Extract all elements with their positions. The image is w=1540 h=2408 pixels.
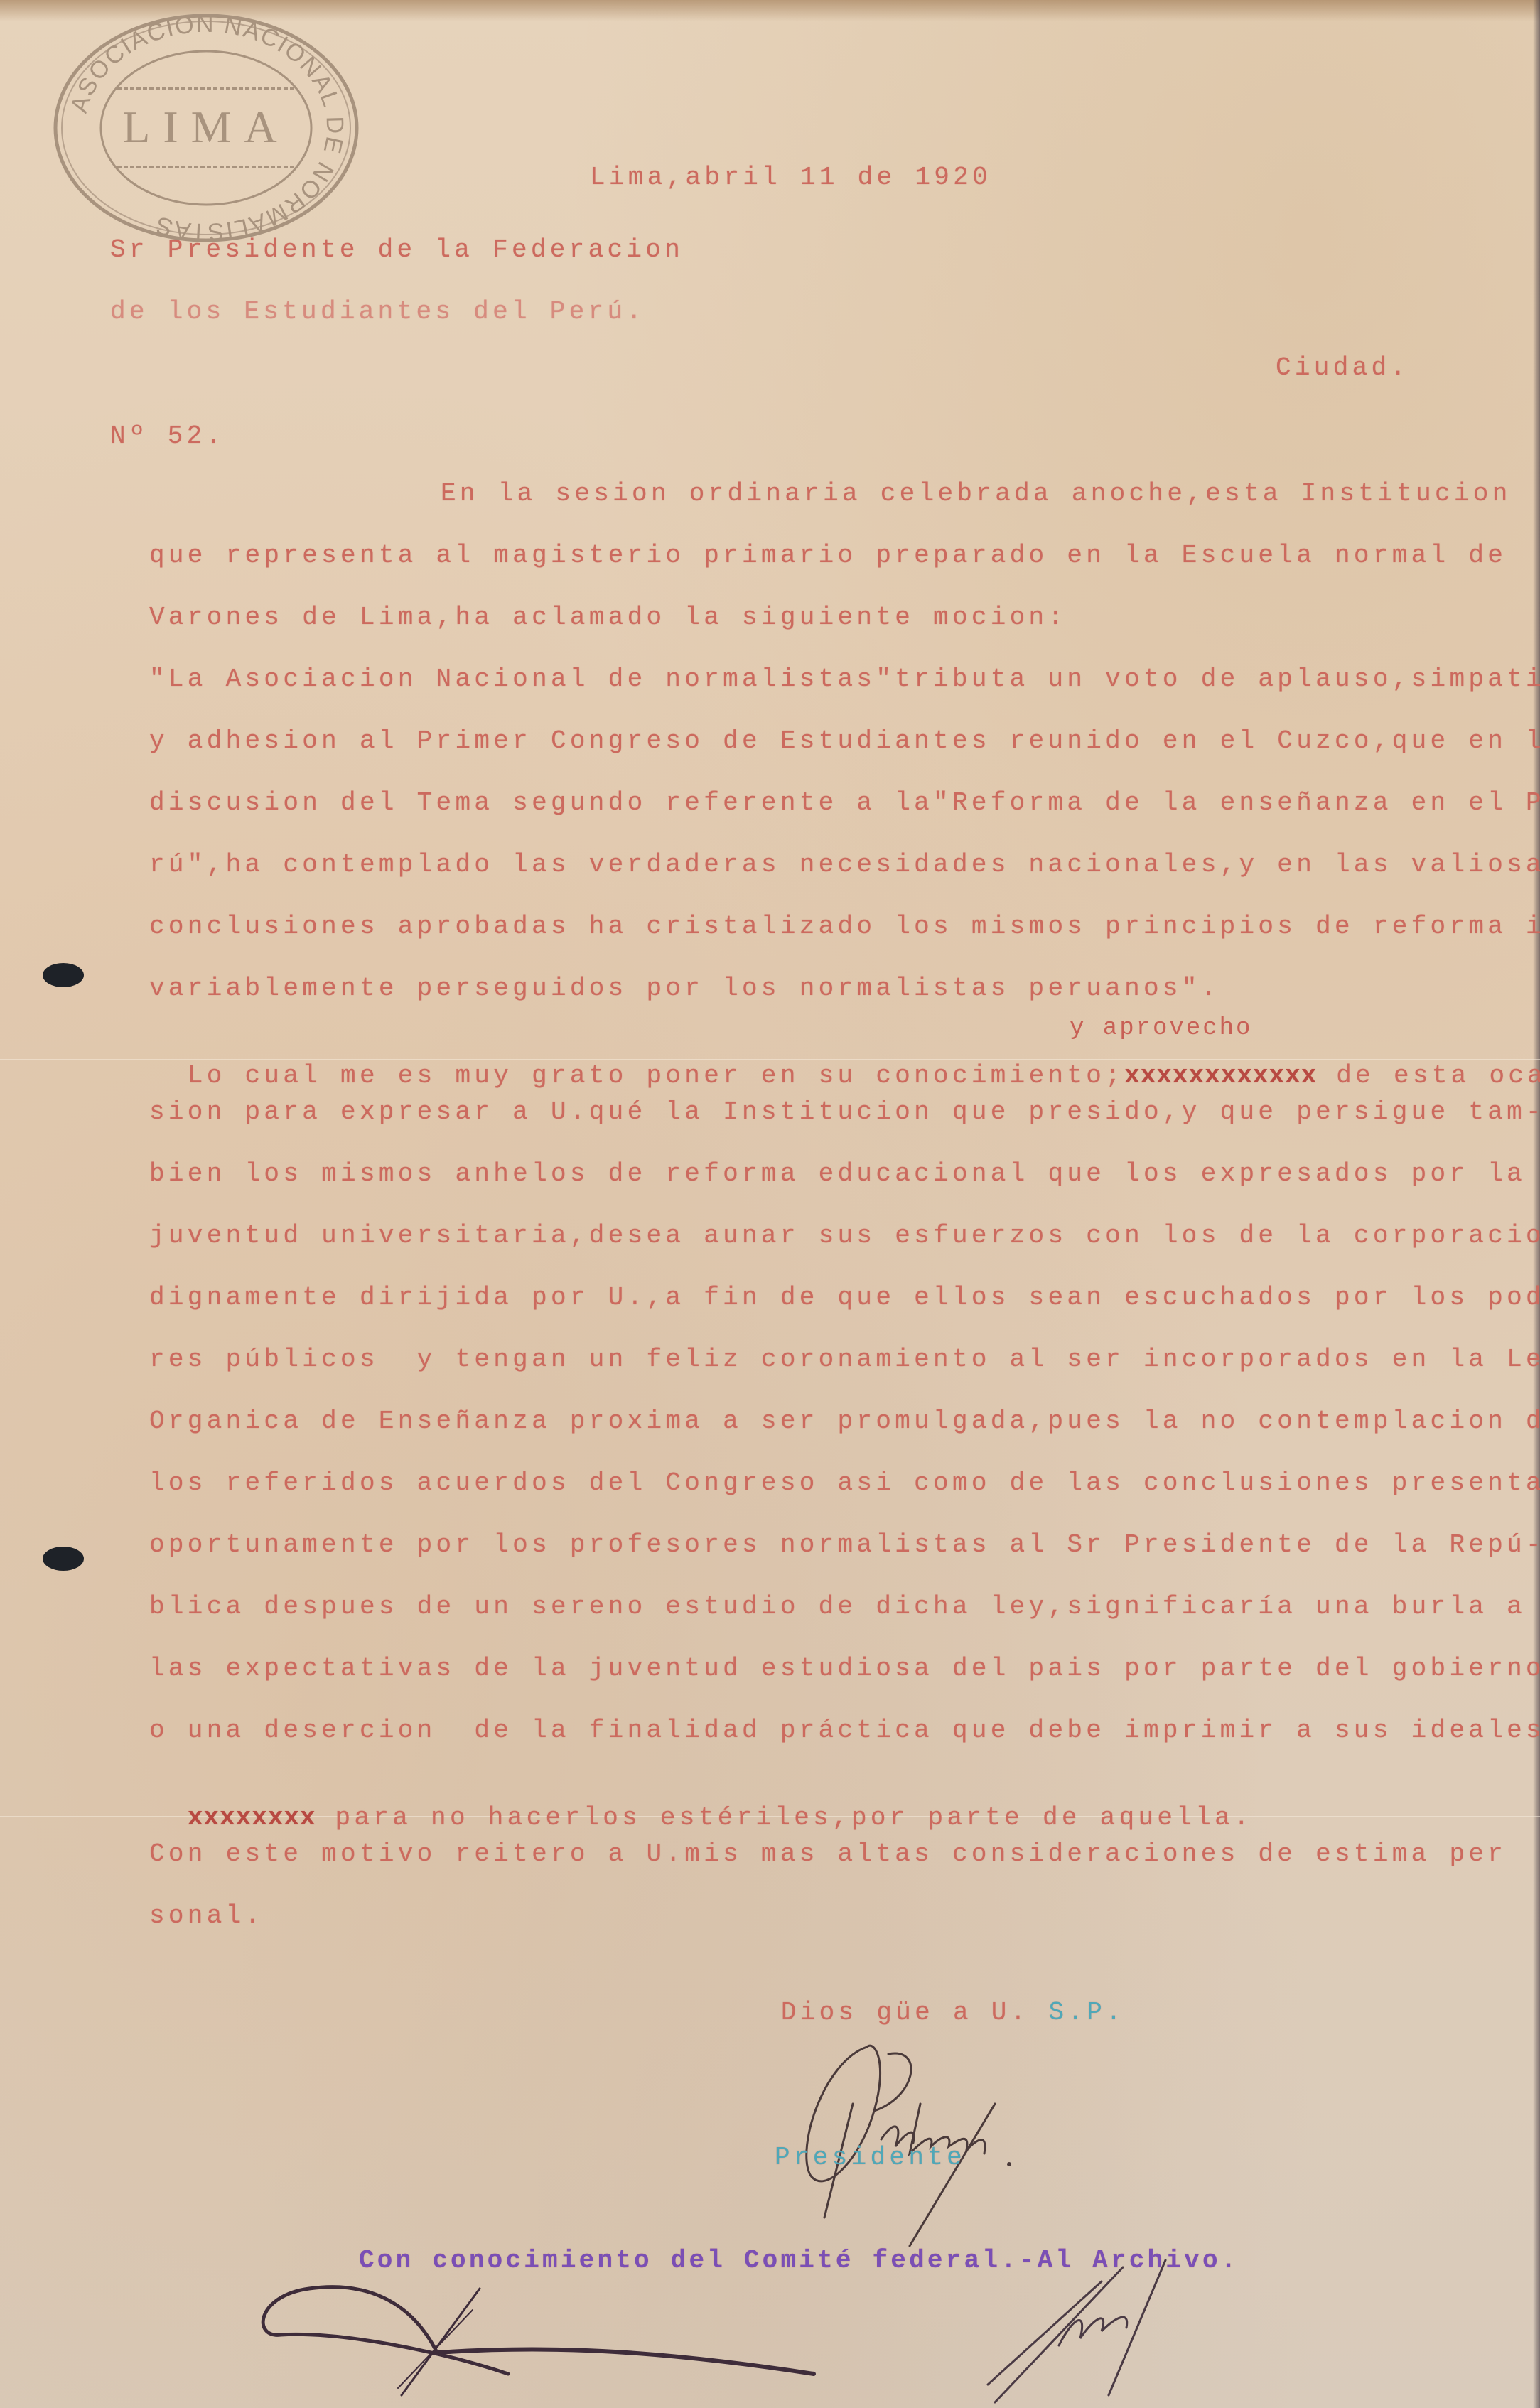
body-line: blica despues de un sereno estudio de di… (149, 1594, 1526, 1620)
body-line: o una desercion de la finalidad práctica… (149, 1718, 1540, 1743)
body-line: que representa al magisterio primario pr… (149, 543, 1507, 569)
body-line: oportunamente por los profesores normali… (149, 1532, 1540, 1558)
body-line: las expectativas de la juventud estudios… (149, 1656, 1540, 1682)
closing-salutation: Dios güe a U. S.P. (743, 1974, 1125, 2026)
initials-signature-right (974, 2239, 1201, 2408)
punch-hole (43, 963, 84, 987)
date-line: Lima,abril 11 de 1920 (590, 165, 991, 190)
association-seal-stamp: LIMA ASOCIACION NACIONAL DE NORMALISTAS (50, 11, 362, 252)
body-line: rú",ha contemplado las verdaderas necesi… (149, 852, 1540, 878)
body-line-with-correction: xxxxxxxx para no hacerlos estériles,por … (149, 1780, 1253, 1831)
punch-hole (43, 1547, 84, 1571)
body-line: los referidos acuerdos del Congreso asi … (149, 1471, 1540, 1496)
seal-icon: LIMA ASOCIACION NACIONAL DE NORMALISTAS (50, 11, 362, 252)
body-line: variablemente perseguidos por los normal… (149, 976, 1220, 1001)
body-line: y adhesion al Primer Congreso de Estudia… (149, 729, 1540, 754)
body-line: discusion del Tema segundo referente a l… (149, 790, 1540, 816)
addressee-city: Ciudad. (1276, 355, 1409, 381)
addressee-line-1: Sr Presidente de la Federacion (110, 237, 684, 263)
body-line: bien los mismos anhelos de reforma educa… (149, 1161, 1526, 1187)
handwritten-signature (782, 2033, 1080, 2246)
body-line: sion para expresar a U.qué la Institucio… (149, 1100, 1540, 1125)
paper-right-edge-shadow (1533, 0, 1540, 2408)
body-line: res públicos y tengan un feliz coronamie… (149, 1347, 1540, 1372)
body-line: sonal. (149, 1903, 264, 1929)
struck-out-text: xxxxxxxxxxxx (1124, 1061, 1317, 1090)
svg-text:LIMA: LIMA (122, 102, 290, 152)
document-number: Nº 52. (110, 424, 225, 449)
body-line-text: para no hacerlos estériles,por parte de … (316, 1803, 1253, 1832)
body-line-text: Lo cual me es muy grato poner en su cono… (188, 1061, 1124, 1090)
body-line: "La Asociacion Nacional de normalistas"t… (149, 667, 1540, 692)
body-line: conclusiones aprobadas ha cristalizado l… (149, 914, 1540, 940)
body-line-tail: de esta oca- (1317, 1061, 1540, 1090)
struck-out-text: xxxxxxxx (188, 1803, 316, 1832)
body-line: Organica de Enseñanza proxima a ser prom… (149, 1409, 1540, 1434)
closing-red: Dios güe a U. (781, 1998, 1049, 2027)
body-line: dignamente dirijida por U.,a fin de que … (149, 1285, 1540, 1311)
body-line-with-correction: Lo cual me es muy grato poner en su cono… (149, 1038, 1540, 1089)
addressee-line-2: de los Estudiantes del Perú. (110, 299, 645, 325)
signer-title: Presidente (775, 2145, 966, 2171)
flourish-icon (259, 2267, 828, 2381)
body-line: juventud universitaria,desea aunar sus e… (149, 1223, 1540, 1249)
closing-teal: S.P. (1048, 1998, 1125, 2027)
body-line: Varones de Lima,ha aclamado la siguiente… (149, 605, 1067, 630)
flourish-signature-left (259, 2267, 828, 2381)
signature-icon (782, 2033, 1080, 2246)
typed-insertion: y aprovecho (1070, 1015, 1252, 1042)
body-line: En la sesion ordinaria celebrada anoche,… (441, 481, 1512, 507)
initials-icon (974, 2239, 1201, 2408)
body-line: Con este motivo reitero a U.mis mas alta… (149, 1842, 1507, 1867)
